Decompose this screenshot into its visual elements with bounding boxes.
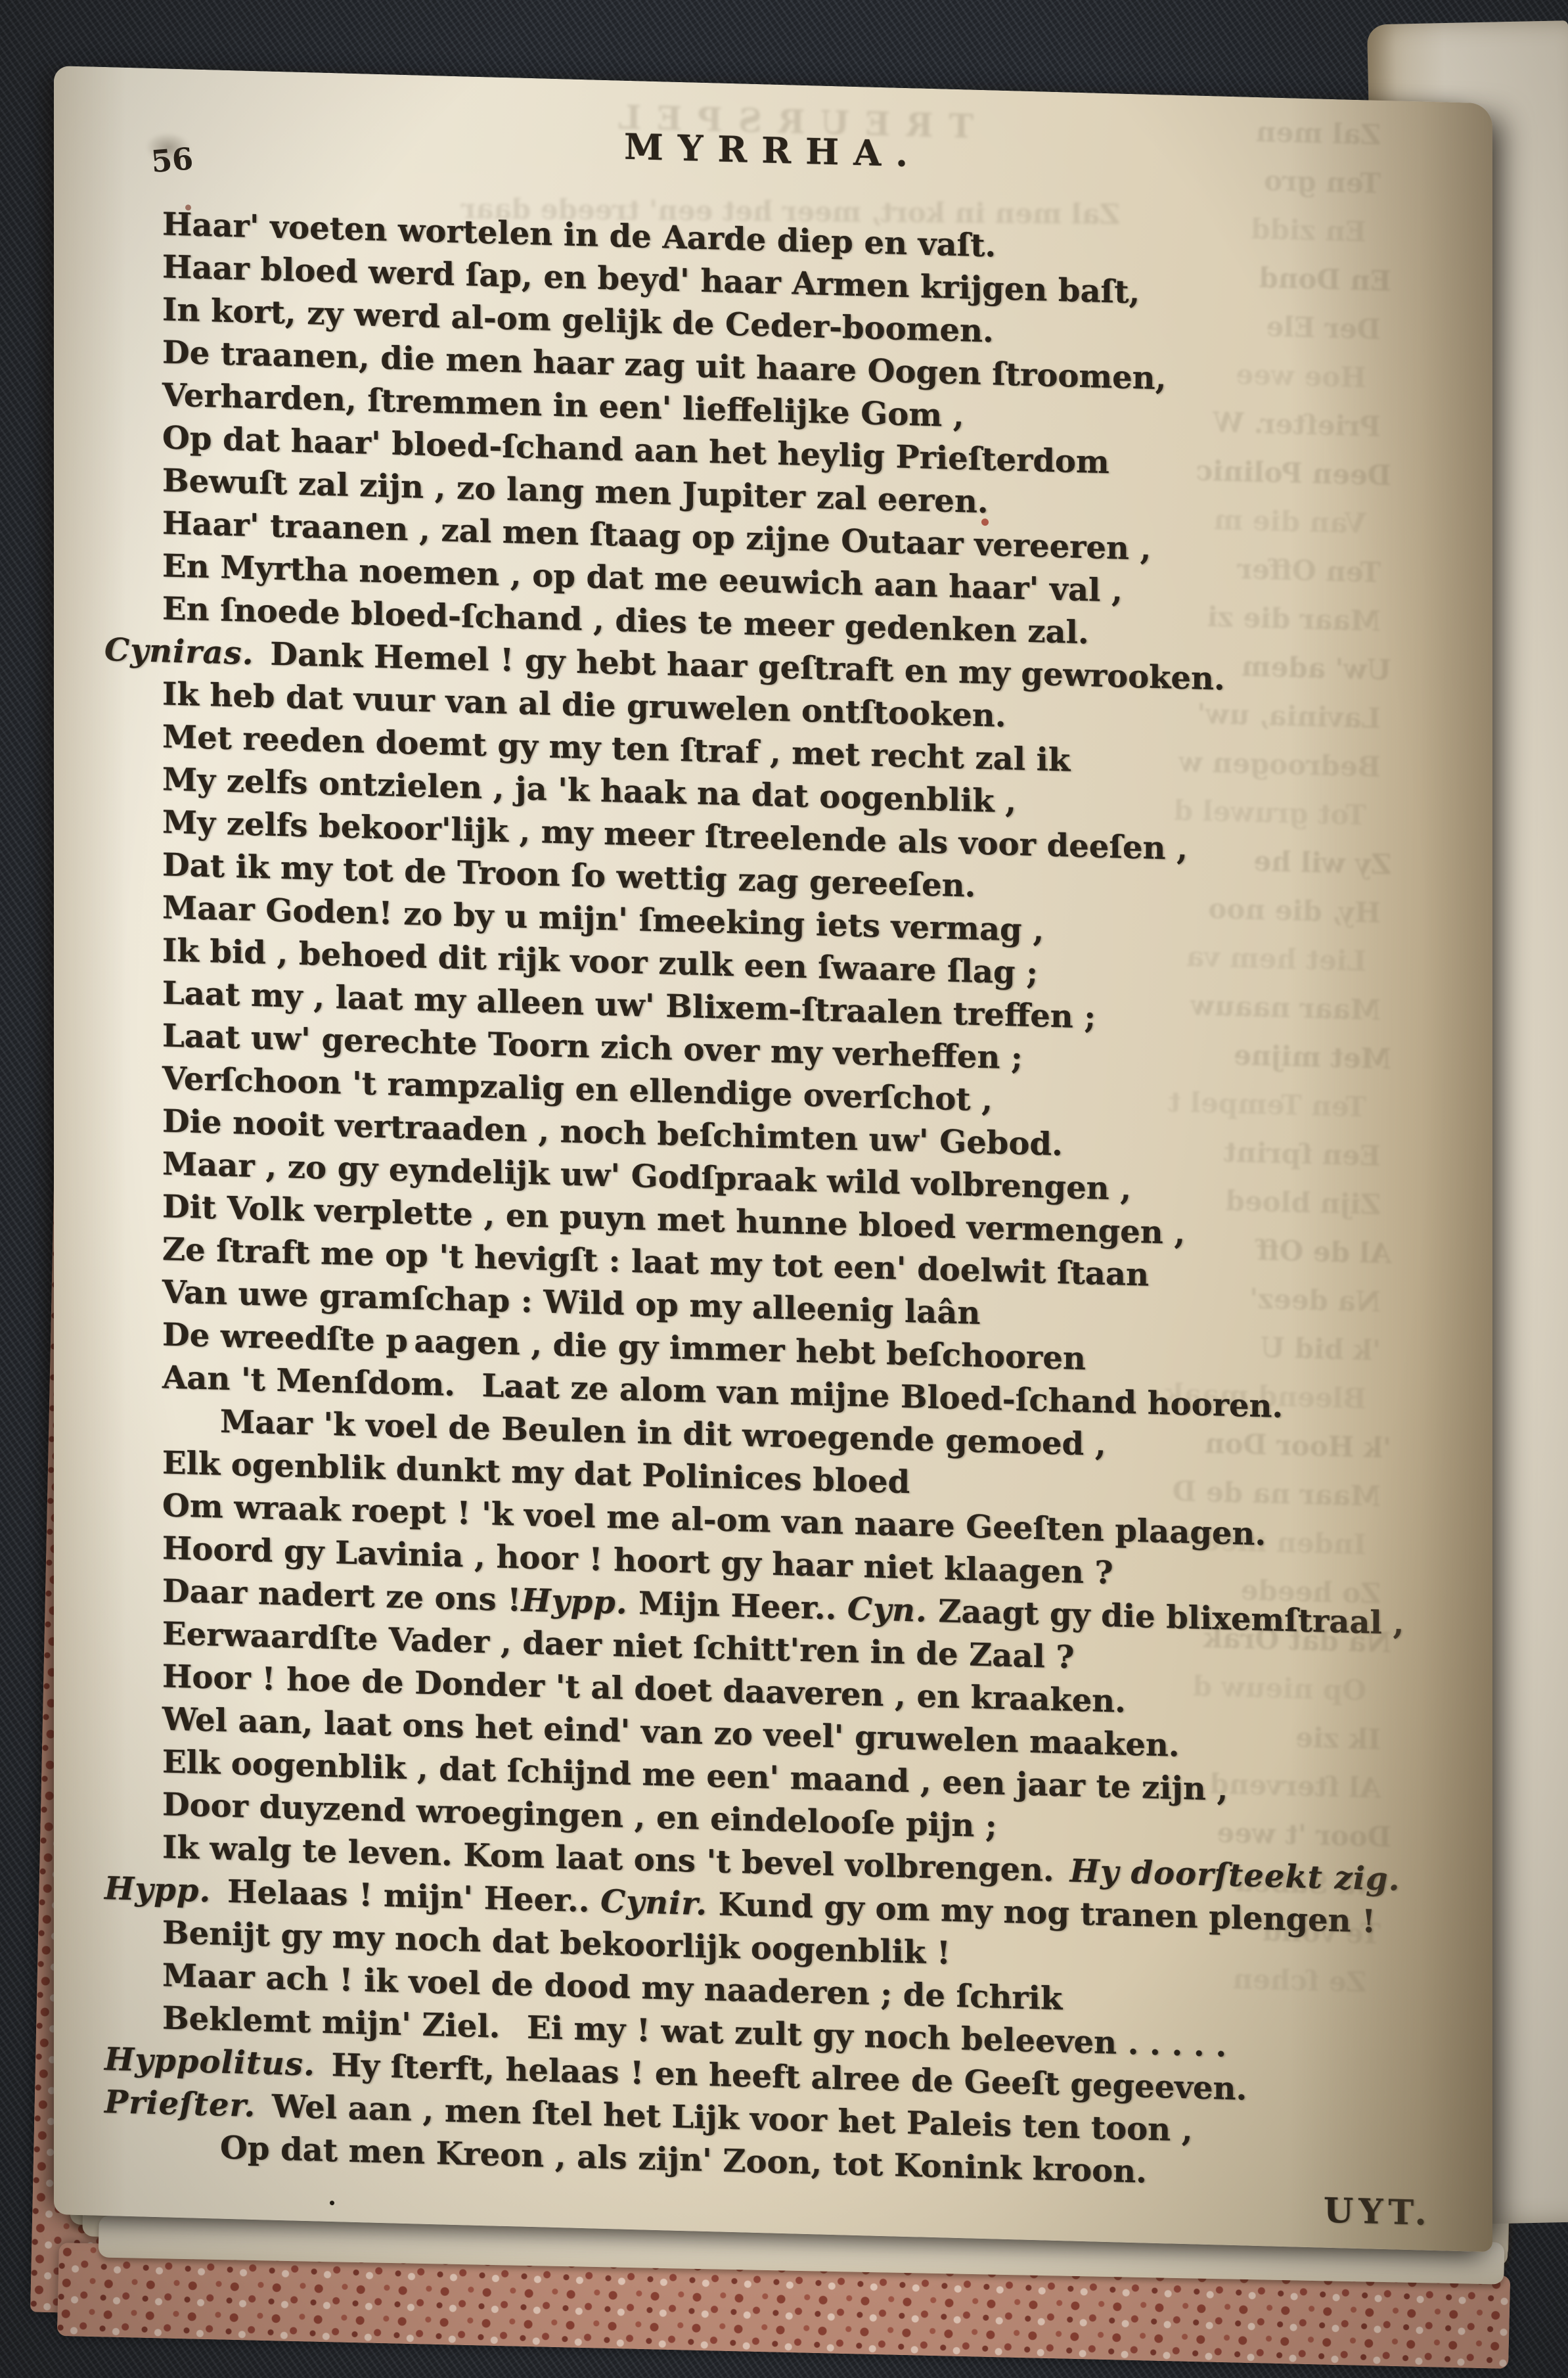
line-segment: Hypp.: [104, 1870, 227, 1910]
line-segment: Hyppolitus.: [104, 2041, 332, 2084]
catchword: UYT.: [1324, 2191, 1432, 2233]
line-segment: Helaas ! mijn' Heer..: [227, 1873, 600, 1920]
book-photograph: TREURSPEL Zal men in kort, meer het een'…: [0, 0, 1568, 2378]
printed-surface: TREURSPEL Zal men in kort, meer het een'…: [54, 66, 1492, 2252]
line-segment: Cyniras.: [104, 631, 270, 673]
line-segment: Prieſter.: [104, 2084, 272, 2125]
book-page: TREURSPEL Zal men in kort, meer het een'…: [54, 66, 1492, 2252]
paper-speck: [330, 2201, 334, 2205]
line-segment: Mijn Heer..: [627, 1585, 847, 1628]
line-segment: Daar nadert ze ons !: [162, 1572, 521, 1618]
line-segment: Cyn.: [847, 1591, 928, 1630]
line-segment: Cynir.: [600, 1883, 707, 1923]
line-segment: Hy doorſteekt zig.: [1070, 1853, 1400, 1898]
text-block: Haar' voeten wortelen in de Aarde diep e…: [162, 203, 1397, 2200]
line-segment: Hypp.: [521, 1582, 627, 1622]
